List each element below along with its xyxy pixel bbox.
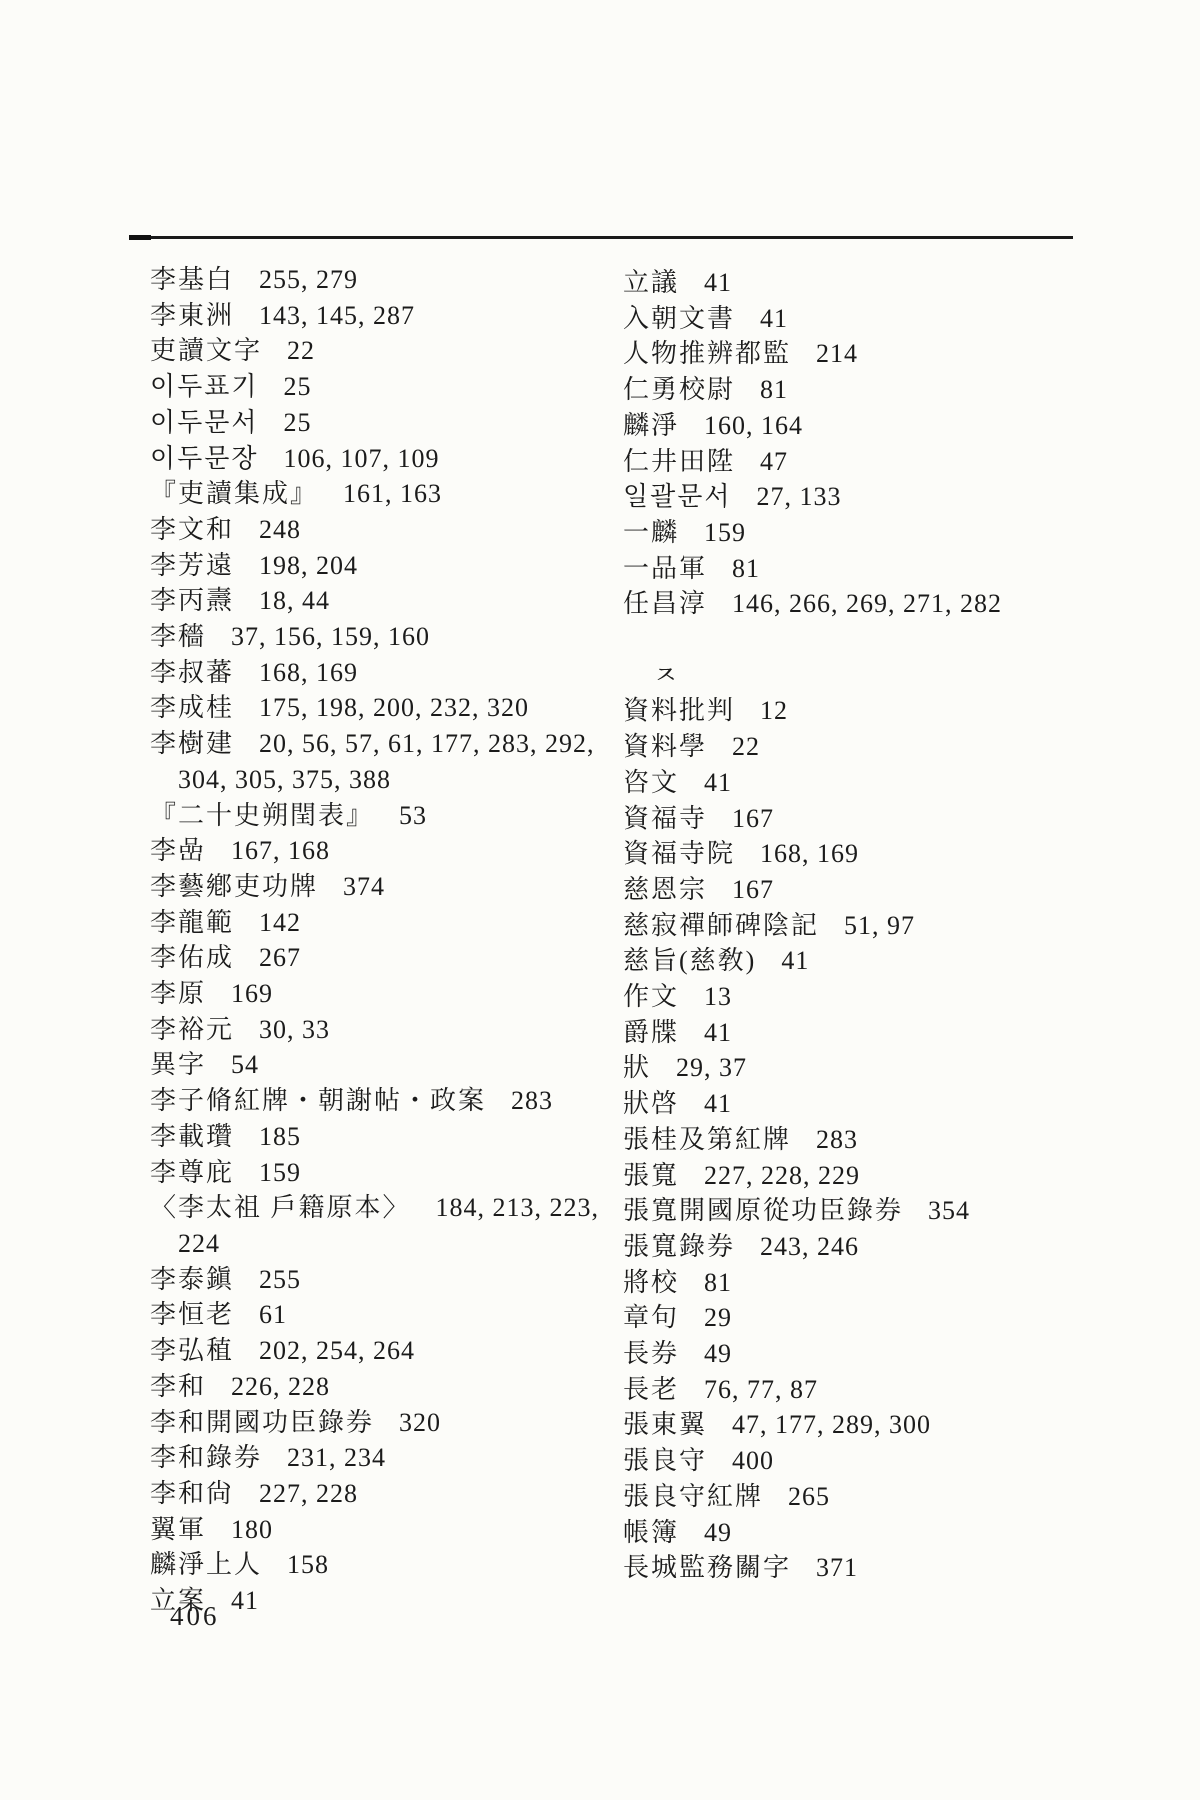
index-entry: 咨文41 xyxy=(623,765,1128,801)
entry-pages: 41 xyxy=(704,768,732,797)
index-entry: 이두문장106, 107, 109 xyxy=(150,441,622,477)
index-entry: 李基白255, 279 xyxy=(150,262,622,298)
entry-term: 慈恩宗 xyxy=(623,875,707,904)
entry-pages: 41 xyxy=(781,946,809,975)
top-rule-tick xyxy=(129,235,151,240)
index-entry: 일괄문서27, 133 xyxy=(623,479,1128,515)
index-entry: 章句29 xyxy=(623,1300,1128,1336)
index-entry: 將校81 xyxy=(623,1265,1128,1301)
entry-pages: 41 xyxy=(704,268,732,297)
entry-pages: 168, 169 xyxy=(760,839,859,868)
entry-pages: 146, 266, 269, 271, 282 xyxy=(732,589,1002,618)
entry-pages: 22 xyxy=(732,732,760,761)
entry-term: 長老 xyxy=(623,1375,679,1404)
entry-term: 資福寺 xyxy=(623,804,707,833)
index-entry: 一麟159 xyxy=(623,515,1128,551)
index-entry: 慈旨(慈敎)41 xyxy=(623,943,1128,979)
entry-term: 爵牒 xyxy=(623,1018,679,1047)
index-entry: 作文13 xyxy=(623,979,1128,1015)
entry-pages: 226, 228 xyxy=(231,1372,330,1401)
index-entry: 李佑成267 xyxy=(150,940,622,976)
index-entry: 李和開國功臣錄券320 xyxy=(150,1405,622,1441)
index-entry: 立案41 xyxy=(150,1583,622,1619)
index-entry: 張寬開國原從功臣錄券354 xyxy=(623,1193,1128,1229)
entry-pages: 142 xyxy=(259,908,301,937)
index-entry: 仁井田陞47 xyxy=(623,444,1128,480)
entry-term: 李尊庇 xyxy=(150,1158,234,1187)
entry-term: 帳簿 xyxy=(623,1518,679,1547)
index-entry: 吏讀文字22 xyxy=(150,333,622,369)
entry-term: 李弘稙 xyxy=(150,1336,234,1365)
entry-pages: 76, 77, 87 xyxy=(704,1375,818,1404)
entry-term: 李穡 xyxy=(150,622,206,651)
entry-term: 李和 xyxy=(150,1372,206,1401)
entry-term: 李東洲 xyxy=(150,301,234,330)
entry-pages: 41 xyxy=(231,1586,259,1615)
entry-term: 仁勇校尉 xyxy=(623,375,735,404)
entry-term: 張良守紅牌 xyxy=(623,1482,763,1511)
index-column-left: 李基白255, 279李東洲143, 145, 287吏讀文字22이두표기25이… xyxy=(150,262,622,1619)
entry-pages: 143, 145, 287 xyxy=(259,301,415,330)
index-entry: 立議41 xyxy=(623,265,1128,301)
entry-term: 張東翼 xyxy=(623,1410,707,1439)
entry-pages: 267 xyxy=(259,943,301,972)
index-entry: 李子脩紅牌・朝謝帖・政案283 xyxy=(150,1083,622,1119)
entry-term: 『二十史朔閏表』 xyxy=(150,801,374,830)
index-entry: 李弘稙202, 254, 264 xyxy=(150,1333,622,1369)
index-entry: 李文和248 xyxy=(150,512,622,548)
entry-pages: 167, 168 xyxy=(231,836,330,865)
entry-term: 狀啓 xyxy=(623,1089,679,1118)
entry-term: 李藝鄕吏功牌 xyxy=(150,872,318,901)
entry-term: 將校 xyxy=(623,1268,679,1297)
section-header: ㅈ xyxy=(623,658,1128,694)
entry-pages: 54 xyxy=(231,1050,259,1079)
entry-term: 張寬 xyxy=(623,1161,679,1190)
entry-term: 李原 xyxy=(150,979,206,1008)
index-entry: 李尊庇159 xyxy=(150,1155,622,1191)
entry-term: 慈旨(慈敎) xyxy=(623,946,756,975)
entry-pages: 167 xyxy=(732,804,774,833)
index-entry: 李龍範142 xyxy=(150,905,622,941)
entry-pages: 371 xyxy=(816,1553,858,1582)
entry-term: 李裕元 xyxy=(150,1015,234,1044)
entry-term: 任昌淳 xyxy=(623,589,707,618)
entry-term: 麟淨上人 xyxy=(150,1550,262,1579)
entry-pages: 53 xyxy=(399,801,427,830)
entry-pages: 320 xyxy=(399,1408,441,1437)
entry-pages: 47, 177, 289, 300 xyxy=(732,1410,931,1439)
index-entry: 李和錄券231, 234 xyxy=(150,1440,622,1476)
entry-pages: 227, 228, 229 xyxy=(704,1161,860,1190)
entry-pages: 49 xyxy=(704,1518,732,1547)
entry-term: 李佑成 xyxy=(150,943,234,972)
entry-term: 李叔蕃 xyxy=(150,658,234,687)
entry-term: 李丙燾 xyxy=(150,586,234,615)
entry-pages: 51, 97 xyxy=(844,911,915,940)
entry-pages: 41 xyxy=(704,1089,732,1118)
entry-term: 立議 xyxy=(623,268,679,297)
book-index-page: 李基白255, 279李東洲143, 145, 287吏讀文字22이두표기25이… xyxy=(0,0,1200,1800)
index-column-right: 立議41入朝文書41人物推辨都監214仁勇校尉81麟淨160, 164仁井田陞4… xyxy=(623,265,1128,1586)
entry-pages: 265 xyxy=(788,1482,830,1511)
entry-term: 入朝文書 xyxy=(623,304,735,333)
entry-term: 『吏讀集成』 xyxy=(150,479,318,508)
entry-pages: 167 xyxy=(732,875,774,904)
entry-term: 李和開國功臣錄券 xyxy=(150,1408,374,1437)
entry-term: 李載瓚 xyxy=(150,1122,234,1151)
entry-term: 人物推辨都監 xyxy=(623,339,791,368)
entry-term: 異字 xyxy=(150,1050,206,1079)
section-gap xyxy=(623,622,1128,658)
entry-term: 吏讀文字 xyxy=(150,336,262,365)
entry-pages: 354 xyxy=(928,1196,970,1225)
entry-pages: 161, 163 xyxy=(343,479,442,508)
entry-pages: 374 xyxy=(343,872,385,901)
entry-pages: 202, 254, 264 xyxy=(259,1336,415,1365)
entry-term: 李和尙 xyxy=(150,1479,234,1508)
index-entry: 이두문서25 xyxy=(150,405,622,441)
entry-pages: 159 xyxy=(259,1158,301,1187)
entry-pages: 20, 56, 57, 61, 177, 283, 292, 304, 305,… xyxy=(178,729,595,794)
index-entry: 長券49 xyxy=(623,1336,1128,1372)
entry-pages: 41 xyxy=(760,304,788,333)
entry-pages: 61 xyxy=(259,1300,287,1329)
index-entry: 이두표기25 xyxy=(150,369,622,405)
entry-term: 章句 xyxy=(623,1303,679,1332)
entry-term: 李基白 xyxy=(150,265,234,294)
index-entry: 入朝文書41 xyxy=(623,301,1128,337)
index-entry: 張寬錄券243, 246 xyxy=(623,1229,1128,1265)
entry-pages: 41 xyxy=(704,1018,732,1047)
index-entry: 狀啓41 xyxy=(623,1086,1128,1122)
entry-term: 長城監務關字 xyxy=(623,1553,791,1582)
index-entry: 張東翼47, 177, 289, 300 xyxy=(623,1407,1128,1443)
entry-pages: 49 xyxy=(704,1339,732,1368)
index-entry: 李穡37, 156, 159, 160 xyxy=(150,619,622,655)
index-entry: 帳簿49 xyxy=(623,1515,1128,1551)
entry-term: 一麟 xyxy=(623,518,679,547)
index-entry: 李原169 xyxy=(150,976,622,1012)
entry-pages: 18, 44 xyxy=(259,586,330,615)
index-entry: 李芳遠198, 204 xyxy=(150,548,622,584)
index-entry: 『二十史朔閏表』53 xyxy=(150,798,622,834)
entry-pages: 283 xyxy=(511,1086,553,1115)
entry-term: 일괄문서 xyxy=(623,482,731,511)
entry-term: 張桂及第紅牌 xyxy=(623,1125,791,1154)
index-entry: 慈寂禪師碑陰記51, 97 xyxy=(623,908,1128,944)
entry-pages: 30, 33 xyxy=(259,1015,330,1044)
entry-term: 慈寂禪師碑陰記 xyxy=(623,911,819,940)
index-entry: 資福寺167 xyxy=(623,801,1128,837)
index-entry: 李和尙227, 228 xyxy=(150,1476,622,1512)
entry-term: 張良守 xyxy=(623,1446,707,1475)
index-entry: 張良守400 xyxy=(623,1443,1128,1479)
entry-term: 李龍範 xyxy=(150,908,234,937)
entry-pages: 231, 234 xyxy=(287,1443,386,1472)
entry-term: 張寬錄券 xyxy=(623,1232,735,1261)
entry-term: 資料學 xyxy=(623,732,707,761)
index-entry: 一品軍81 xyxy=(623,551,1128,587)
entry-pages: 13 xyxy=(704,982,732,1011)
entry-pages: 198, 204 xyxy=(259,551,358,580)
index-entry: 李叔蕃168, 169 xyxy=(150,655,622,691)
index-entry: 『吏讀集成』161, 163 xyxy=(150,476,622,512)
index-entry: 任昌淳146, 266, 269, 271, 282 xyxy=(623,586,1128,622)
entry-pages: 81 xyxy=(732,554,760,583)
entry-pages: 169 xyxy=(231,979,273,1008)
page-number: 406 xyxy=(170,1601,220,1632)
entry-pages: 159 xyxy=(704,518,746,547)
entry-term: 李和錄券 xyxy=(150,1443,262,1472)
index-entry: 人物推辨都監214 xyxy=(623,336,1128,372)
entry-term: 咨文 xyxy=(623,768,679,797)
entry-pages: 22 xyxy=(287,336,315,365)
index-entry: 李嵒167, 168 xyxy=(150,833,622,869)
entry-term: 이두문장 xyxy=(150,444,258,473)
entry-pages: 175, 198, 200, 232, 320 xyxy=(259,693,529,722)
index-entry: 慈恩宗167 xyxy=(623,872,1128,908)
entry-pages: 255, 279 xyxy=(259,265,358,294)
index-entry: 李載瓚185 xyxy=(150,1119,622,1155)
entry-term: 麟淨 xyxy=(623,411,679,440)
index-entry: 長老76, 77, 87 xyxy=(623,1372,1128,1408)
entry-pages: 106, 107, 109 xyxy=(283,444,439,473)
entry-pages: 248 xyxy=(259,515,301,544)
index-entry: 資料學22 xyxy=(623,729,1128,765)
index-entry: 李成桂175, 198, 200, 232, 320 xyxy=(150,690,622,726)
entry-pages: 158 xyxy=(287,1550,329,1579)
entry-pages: 25 xyxy=(283,408,311,437)
index-entry: 長城監務關字371 xyxy=(623,1550,1128,1586)
index-entry: 李藝鄕吏功牌374 xyxy=(150,869,622,905)
entry-term: 仁井田陞 xyxy=(623,447,735,476)
index-entry: 爵牒41 xyxy=(623,1015,1128,1051)
entry-pages: 168, 169 xyxy=(259,658,358,687)
entry-term: 李泰鎭 xyxy=(150,1265,234,1294)
entry-pages: 37, 156, 159, 160 xyxy=(231,622,430,651)
entry-pages: 25 xyxy=(283,372,311,401)
entry-term: 李樹建 xyxy=(150,729,234,758)
index-entry: 張寬227, 228, 229 xyxy=(623,1158,1128,1194)
entry-term: 翼軍 xyxy=(150,1515,206,1544)
index-entry: 李裕元30, 33 xyxy=(150,1012,622,1048)
entry-pages: 255 xyxy=(259,1265,301,1294)
index-entry: 資福寺院168, 169 xyxy=(623,836,1128,872)
entry-term: 作文 xyxy=(623,982,679,1011)
entry-pages: 185 xyxy=(259,1122,301,1151)
entry-term: 〈李太祖 戶籍原本〉 xyxy=(150,1193,411,1222)
top-rule xyxy=(129,236,1073,239)
entry-pages: 227, 228 xyxy=(259,1479,358,1508)
index-entry: 李和226, 228 xyxy=(150,1369,622,1405)
index-entry: 李泰鎭255 xyxy=(150,1262,622,1298)
index-entry: 仁勇校尉81 xyxy=(623,372,1128,408)
index-entry: 張桂及第紅牌283 xyxy=(623,1122,1128,1158)
entry-pages: 81 xyxy=(760,375,788,404)
entry-term: 이두표기 xyxy=(150,372,258,401)
entry-term: 長券 xyxy=(623,1339,679,1368)
entry-pages: 214 xyxy=(816,339,858,368)
entry-term: 이두문서 xyxy=(150,408,258,437)
index-entry: 李樹建20, 56, 57, 61, 177, 283, 292, 304, 3… xyxy=(150,726,622,797)
entry-pages: 27, 133 xyxy=(756,482,841,511)
index-entry: 李恒老61 xyxy=(150,1297,622,1333)
index-entry: 翼軍180 xyxy=(150,1512,622,1548)
entry-pages: 29, 37 xyxy=(676,1053,747,1082)
entry-term: 李文和 xyxy=(150,515,234,544)
entry-pages: 160, 164 xyxy=(704,411,803,440)
entry-pages: 243, 246 xyxy=(760,1232,859,1261)
index-entry: 資料批判12 xyxy=(623,693,1128,729)
entry-term: 李成桂 xyxy=(150,693,234,722)
entry-term: 李芳遠 xyxy=(150,551,234,580)
entry-term: 李恒老 xyxy=(150,1300,234,1329)
entry-pages: 12 xyxy=(760,696,788,725)
entry-pages: 29 xyxy=(704,1303,732,1332)
index-entry: 李丙燾18, 44 xyxy=(150,583,622,619)
entry-pages: 400 xyxy=(732,1446,774,1475)
index-entry: 麟淨上人158 xyxy=(150,1547,622,1583)
entry-term: 張寬開國原從功臣錄券 xyxy=(623,1196,903,1225)
entry-pages: 180 xyxy=(231,1515,273,1544)
index-entry: 狀29, 37 xyxy=(623,1050,1128,1086)
index-entry: 李東洲143, 145, 287 xyxy=(150,298,622,334)
entry-term: 李嵒 xyxy=(150,836,206,865)
index-entry: 〈李太祖 戶籍原本〉184, 213, 223, 224 xyxy=(150,1190,622,1261)
entry-pages: 283 xyxy=(816,1125,858,1154)
entry-term: 一品軍 xyxy=(623,554,707,583)
entry-term: 資福寺院 xyxy=(623,839,735,868)
entry-pages: 47 xyxy=(760,447,788,476)
entry-term: 李子脩紅牌・朝謝帖・政案 xyxy=(150,1086,486,1115)
index-entry: 張良守紅牌265 xyxy=(623,1479,1128,1515)
index-entry: 麟淨160, 164 xyxy=(623,408,1128,444)
entry-pages: 81 xyxy=(704,1268,732,1297)
entry-term: 狀 xyxy=(623,1053,651,1082)
index-entry: 異字54 xyxy=(150,1047,622,1083)
entry-term: 資料批判 xyxy=(623,696,735,725)
